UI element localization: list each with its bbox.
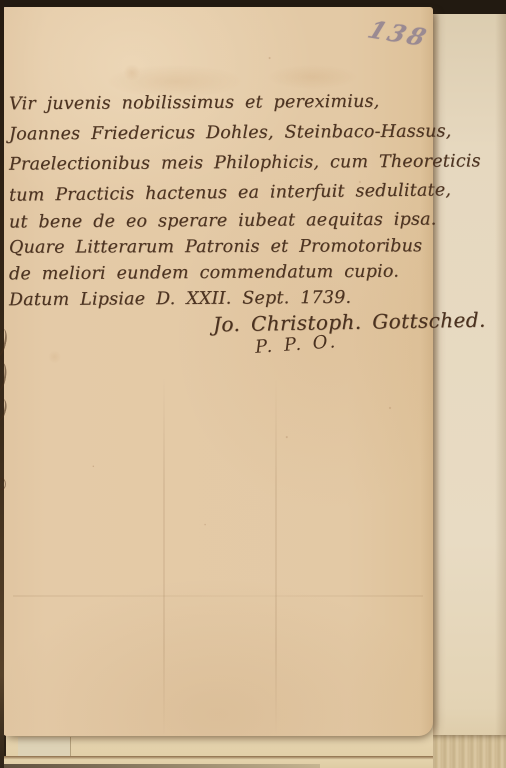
folio-number: 138: [364, 15, 433, 52]
manuscript-line: ut bene de eo sperare iubeat aequitas ip…: [9, 210, 437, 233]
fold-crease: [163, 377, 165, 737]
paper-stains: [3, 7, 433, 736]
signature-title: P. P. O.: [254, 331, 339, 358]
signature: Jo. Christoph. Gottsched.: [213, 308, 486, 337]
bottom-edge-shadow: [0, 764, 320, 768]
manuscript-page: 138 Vir juvenis nobilissimus et pereximi…: [3, 7, 433, 736]
manuscript-line: Praelectionibus meis Philophicis, cum Th…: [9, 151, 481, 174]
manuscript-scan: 138 Vir juvenis nobilissimus et pereximi…: [0, 0, 506, 768]
fold-crease: [275, 377, 277, 737]
manuscript-line: Joannes Friedericus Dohles, Steinbaco-Ha…: [9, 121, 452, 144]
manuscript-line: Vir juvenis nobilissimus et pereximius,: [9, 92, 380, 115]
manuscript-line: tum Practicis hactenus ea interfuit sedu…: [9, 180, 451, 205]
fold-crease: [13, 595, 423, 597]
manuscript-line: de meliori eundem commendatum cupio.: [9, 262, 399, 285]
manuscript-line: Datum Lipsiae D. XXII. Sept. 1739.: [9, 288, 351, 310]
manuscript-line: Quare Litterarum Patronis et Promotoribu…: [9, 236, 422, 257]
book-fore-edge-texture: [433, 735, 506, 768]
